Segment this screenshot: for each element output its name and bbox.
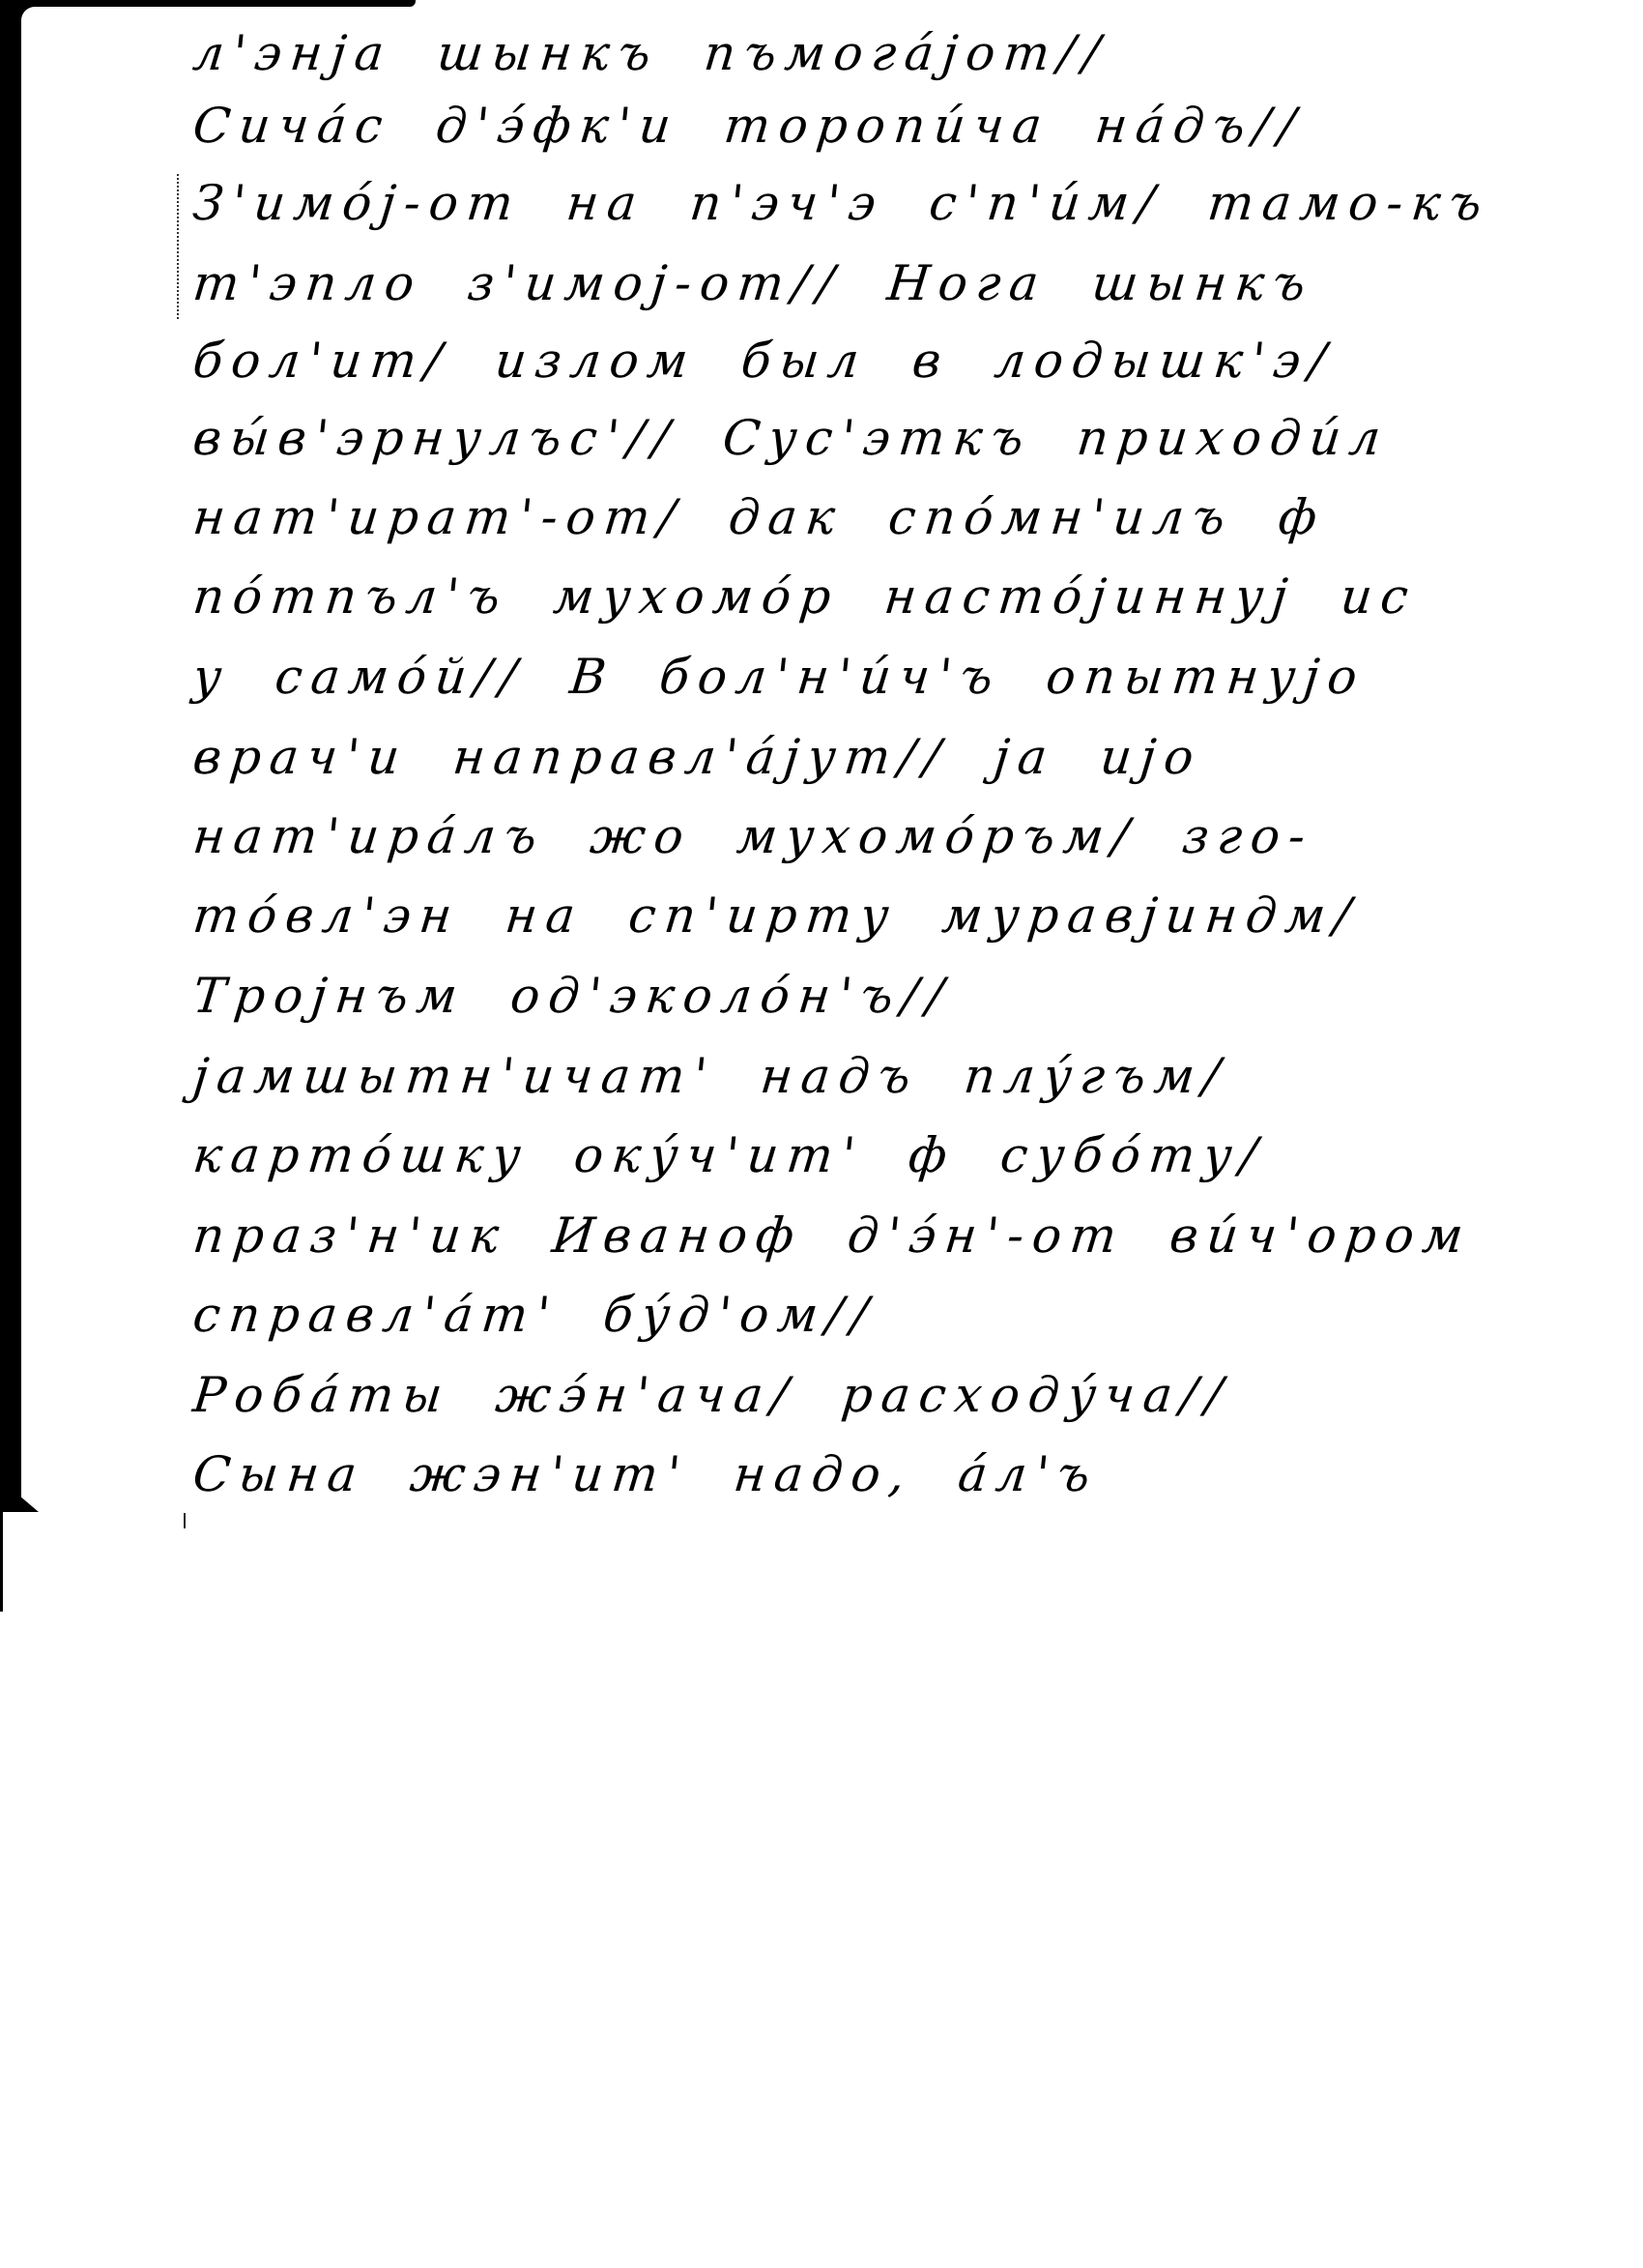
text-line-7: нат'ират'-от/ дак спо́мн'илъ ф [189,483,1329,551]
text-line-3: З'имо́j-от на п'эч'э с'п'и́м/ тамо-къ [189,169,1493,237]
text-line-5: бол'ит/ излом был в лодышк'э/ [189,327,1338,394]
scan-border-left [0,0,21,1510]
text-line-2: Сича́с д'э́фк'и торопи́ча на́дъ// [189,92,1307,160]
text-line-15: карто́шку оку́ч'ит' ф субо́ту/ [189,1121,1269,1189]
text-line-17: справл'а́т' бу́д'ом// [189,1281,879,1349]
scan-border-wedge [0,1479,39,1512]
text-line-8: по́тпъл'ъ мухомо́р насто́jиннуj ис [189,563,1420,630]
scanned-page: л'энjа шынкъ пъмога́jот// Сича́с д'э́фк'… [0,0,1643,2268]
margin-tick [184,1513,186,1528]
text-line-6: вы́в'эрнулъс'// Сус'эткъ приходи́л [189,404,1392,472]
text-line-4: т'эпло з'имоj-от// Нога шынкъ [189,249,1317,317]
page-corner [21,7,35,20]
scan-border-thin-line [0,1510,3,1612]
text-line-9: у само́й// В бол'н'и́ч'ъ опытнуjо [189,643,1369,711]
text-line-16: праз'н'ик Иваноф д'э́н'-от ви́ч'ором [189,1202,1475,1269]
scan-border-top [0,0,416,7]
margin-specks [177,174,181,319]
text-line-13: Троjнъм од'эколо́н'ъ// [189,962,955,1030]
text-line-14: jамшытн'ичат' надъ плу́гъм/ [189,1042,1231,1110]
text-line-12: то́вл'эн на сп'ирту муравjиндм/ [189,882,1363,949]
text-line-10: врач'и направл'а́jут// jа иjо [189,723,1205,791]
text-line-1: л'энjа шынкъ пъмога́jот// [189,19,1111,87]
text-line-11: нат'ира́лъ жо мухомо́ръм/ зго- [189,802,1317,870]
text-line-18: Роба́ты жэ́н'ача/ расходу́ча// [189,1361,1234,1429]
text-line-19: Сына жэн'ит' надо, а́л'ъ [189,1440,1102,1508]
